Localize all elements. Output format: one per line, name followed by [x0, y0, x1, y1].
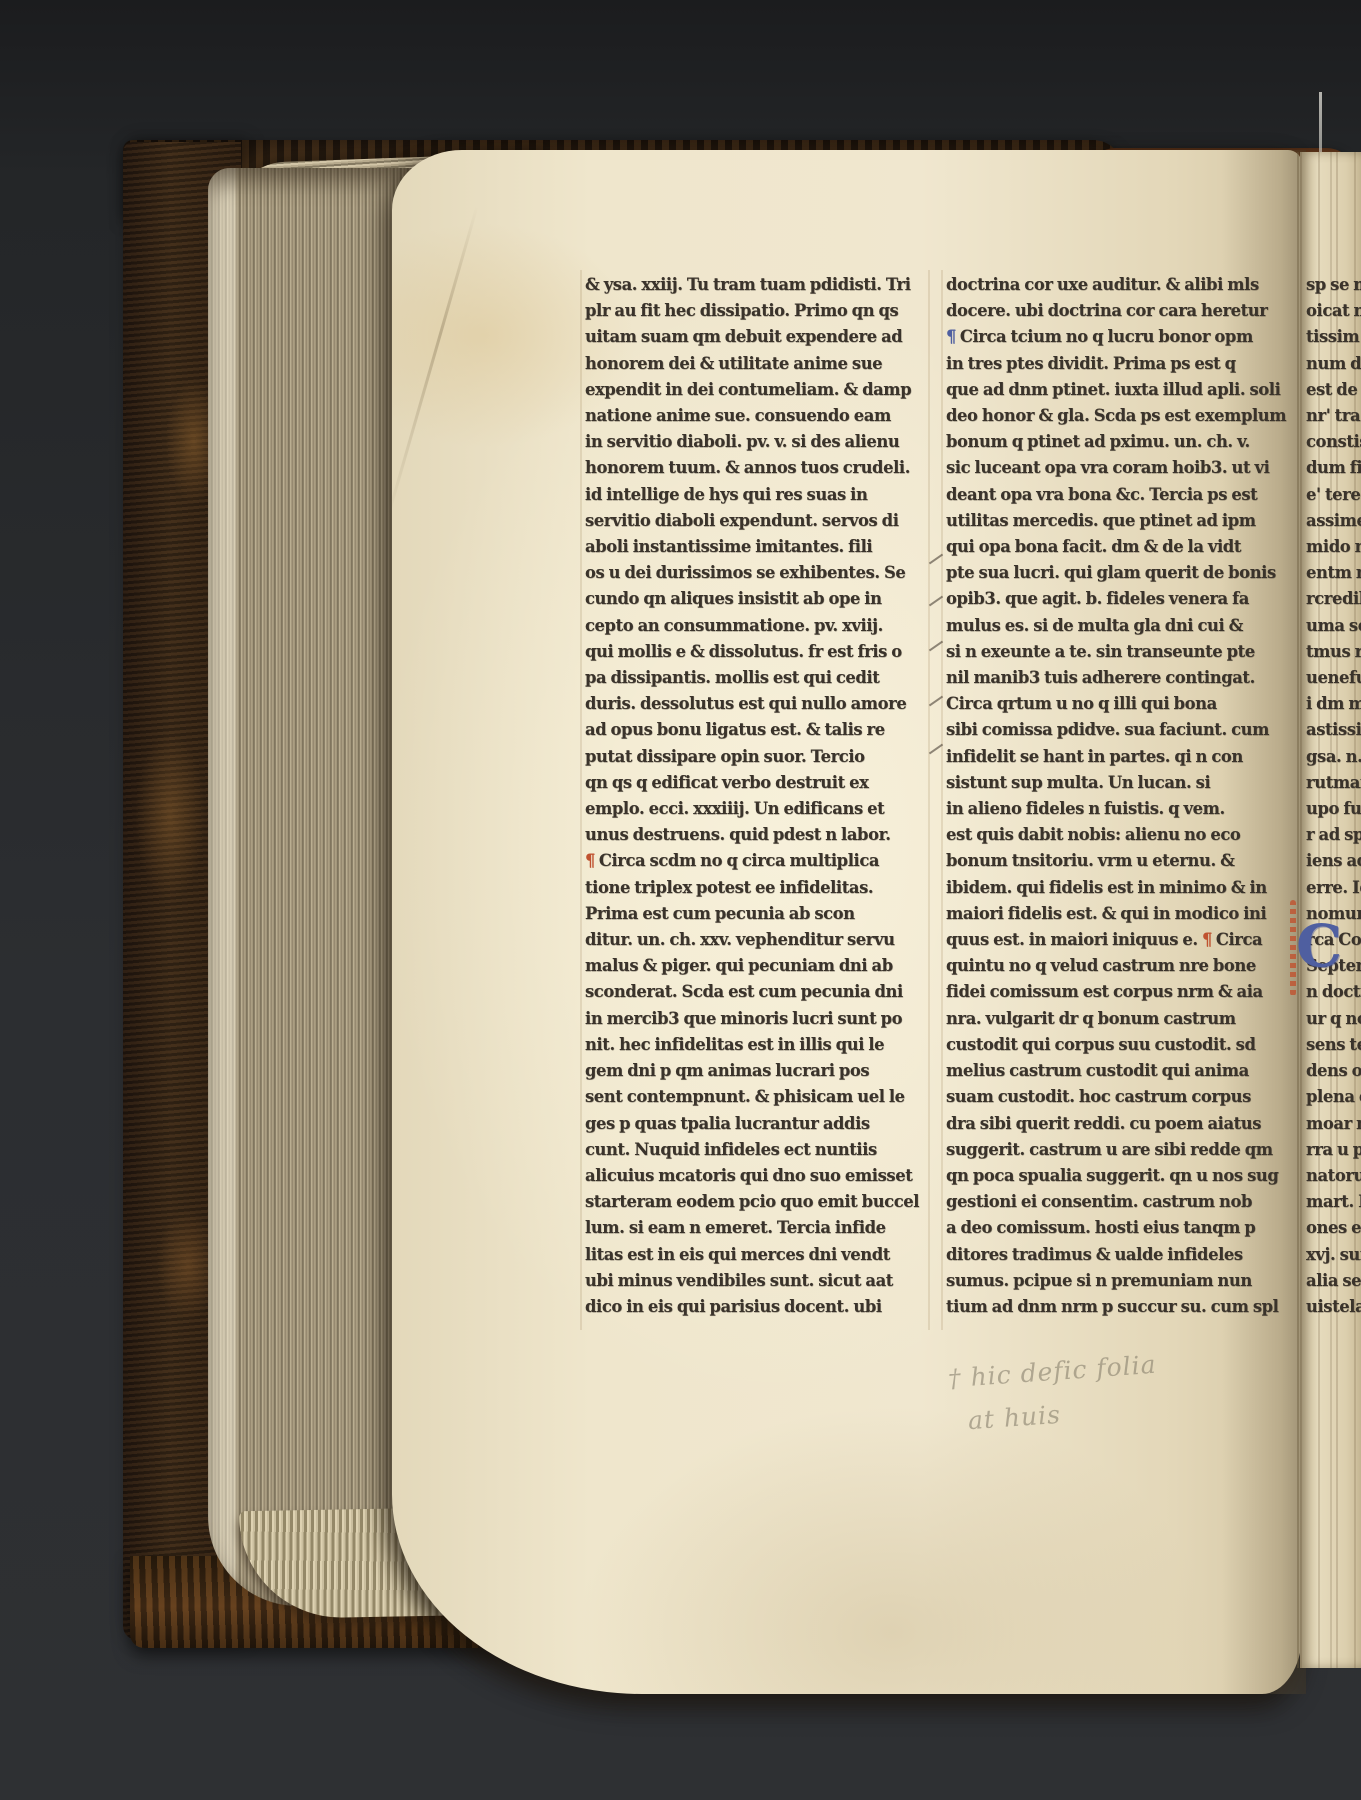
manuscript-text-line: alicuius mcatoris qui dno suo emisset	[585, 1163, 913, 1189]
manuscript-text-line: in servitio diaboli. pv. v. si des alien…	[585, 429, 913, 455]
manuscript-text-line: malus & piger. qui pecuniam dni ab	[585, 953, 913, 979]
manuscript-text-line: sent contempnunt. & phisicam uel le	[585, 1084, 913, 1110]
manuscript-text-line: rra u ps	[1306, 1137, 1359, 1163]
manuscript-text-line: cepto an consummatione. pv. xviij.	[585, 613, 913, 639]
manuscript-text-line: & ysa. xxiij. Tu tram tuam pdidisti. Tri	[585, 272, 913, 298]
manuscript-text-line: opib3. que agit. b. fideles venera fa	[946, 586, 1274, 612]
manuscript-text-line: litas est in eis qui merces dni vendt	[585, 1242, 913, 1268]
manuscript-text-line: nil manib3 tuis adherere contingat.	[946, 665, 1274, 691]
manuscript-text-line: dico in eis qui parisius docent. ubi	[585, 1294, 913, 1320]
manuscript-text-line: dum fis se	[1306, 455, 1359, 481]
manuscript-text-line: in tres ptes dividit. Prima ps est q	[946, 351, 1274, 377]
manuscript-text-line: bonum q ptinet ad pximu. un. ch. v.	[946, 429, 1274, 455]
manuscript-text-line: suam custodit. hoc castrum corpus	[946, 1084, 1274, 1110]
text-column-left: & ysa. xxiij. Tu tram tuam pdidisti. Tri…	[585, 272, 927, 1328]
manuscript-text-line: que ad dnm ptinet. iuxta illud apli. sol…	[946, 377, 1274, 403]
manuscript-text-line: ubi minus vendibiles sunt. sicut aat	[585, 1268, 913, 1294]
manuscript-text-line: mido nt lib	[1306, 534, 1359, 560]
manuscript-text-line: upo fuer Z.	[1306, 796, 1359, 822]
manuscript-text-line: infidelit se hant in partes. qi n con	[946, 744, 1274, 770]
manuscript-text-line: expendit in dei contumeliam. & damp	[585, 377, 913, 403]
manuscript-text-line: a deo comissum. hosti eius tanqm p	[946, 1215, 1274, 1241]
manuscript-text-line: ditores tradimus & ualde infideles	[946, 1242, 1274, 1268]
manuscript-text-line: dens o q	[1306, 1058, 1359, 1084]
manuscript-text-line: sic luceant opa vra coram hoib3. ut vi	[946, 455, 1274, 481]
manuscript-text-line: melius castrum custodit qui anima	[946, 1058, 1274, 1084]
text-column-right: doctrina cor uxe auditur. & alibi mlsdoc…	[946, 272, 1288, 1328]
paraph-mark-red: ¶	[1202, 927, 1212, 953]
manuscript-text-line: honorem dei & utilitate anime sue	[585, 351, 913, 377]
manuscript-text-line: utilitas mercedis. que ptinet ad ipm	[946, 508, 1274, 534]
manuscript-text-line: astissime noc	[1306, 717, 1359, 743]
manuscript-text-line: gsa. n. dr eoq	[1306, 744, 1359, 770]
ruling-line	[580, 270, 582, 1330]
manuscript-text-line: entm nt aw	[1306, 560, 1359, 586]
manuscript-text-line: sens tert u	[1306, 1032, 1359, 1058]
manuscript-text-line: e' tere a de	[1306, 482, 1359, 508]
manuscript-text-line: deo honor & gla. Scda ps est exemplum	[946, 403, 1274, 429]
manuscript-text-line: gestioni ei consentim. castrum nob	[946, 1189, 1274, 1215]
manuscript-text-line: os u dei durissimos se exhibentes. Se	[585, 560, 913, 586]
manuscript-text-line: ¶Circa tcium no q lucru bonor opm	[946, 324, 1274, 350]
manuscript-text-line: ones ea b	[1306, 1215, 1359, 1241]
manuscript-text-line: id intellige de hys qui res suas in	[585, 482, 913, 508]
manuscript-text-line: maiori fidelis est. & qui in modico ini	[946, 901, 1274, 927]
manuscript-text-line: quintu no q velud castrum nre bone	[946, 953, 1274, 979]
manuscript-text-line: mulus es. si de multa gla dni cui &	[946, 613, 1274, 639]
manuscript-text-line: putat dissipare opin suor. Tercio	[585, 744, 913, 770]
manuscript-text-line: assime na	[1306, 508, 1359, 534]
manuscript-text-line: ¶Circa scdm no q circa multiplica	[585, 848, 913, 874]
illuminated-initial: C	[1296, 908, 1336, 984]
manuscript-text-line: nr' tra pril	[1306, 403, 1359, 429]
manuscript-text-line: qn poca spualia suggerit. qn u nos sug	[946, 1163, 1274, 1189]
manuscript-text-line: tium ad dnm nrm p succur su. cum spl	[946, 1294, 1274, 1320]
manuscript-text-line: rutmam' il	[1306, 770, 1359, 796]
manuscript-text-line: ad opus bonu ligatus est. & talis re	[585, 717, 913, 743]
manuscript-text-line: rcredibi es q	[1306, 586, 1359, 612]
manuscript-text-line: fidei comissum est corpus nrm & aia	[946, 979, 1274, 1005]
manuscript-text-line: unus destruens. quid pdest n labor.	[585, 822, 913, 848]
manuscript-text-line: sistunt sup multa. Un lucan. si	[946, 770, 1274, 796]
manuscript-text-line: starteram eodem pcio quo emit buccel	[585, 1189, 913, 1215]
text-column-next-leaf: sp se mttaoicat n epetissim cottanum d z…	[1306, 272, 1361, 1328]
manuscript-text-line: constisime	[1306, 429, 1359, 455]
manuscript-text-line: plr au fit hec dissipatio. Primo qn qs	[585, 298, 913, 324]
ruling-line	[941, 270, 943, 1330]
manuscript-text-line: in mercib3 que minoris lucri sunt po	[585, 1006, 913, 1032]
manuscript-text-line: ibidem. qui fidelis est in minimo & in	[946, 875, 1274, 901]
manuscript-text-line: sibi comissa pdidve. sua faciunt. cum	[946, 717, 1274, 743]
manuscript-text-line: qui opa bona facit. dm & de la vidt	[946, 534, 1274, 560]
manuscript-text-line: pa dissipantis. mollis est qui cedit	[585, 665, 913, 691]
manuscript-text-line: Circa qrtum u no q illi qui bona	[946, 691, 1274, 717]
manuscript-text-line: docere. ubi doctrina cor cara heretur	[946, 298, 1274, 324]
manuscript-text-line: pte sua lucri. qui glam querit de bonis	[946, 560, 1274, 586]
manuscript-text-line: in alieno fideles n fuistis. q vem.	[946, 796, 1274, 822]
manuscript-text-line: quus est. in maiori iniquus e. ¶Circa	[946, 927, 1274, 953]
manuscript-text-line: sp se mtta	[1306, 272, 1359, 298]
manuscript-text-line: oicat n epe	[1306, 298, 1359, 324]
manuscript-text-line: cundo qn aliques insistit ab ope in	[585, 586, 913, 612]
manuscript-text-line: uenefurti q	[1306, 665, 1359, 691]
manuscript-text-line: iens ad so	[1306, 848, 1359, 874]
manuscript-text-line: Prima est cum pecunia ab scon	[585, 901, 913, 927]
manuscript-text-line: doctrina cor uxe auditur. & alibi mls	[946, 272, 1274, 298]
manuscript-text-line: nit. hec infidelitas est in illis qui le	[585, 1032, 913, 1058]
manuscript-text-line: moar n e	[1306, 1111, 1359, 1137]
manuscript-text-line: xvj. sur a	[1306, 1242, 1359, 1268]
manuscript-text-line: est quis dabit nobis: alienu no eco	[946, 822, 1274, 848]
manuscript-text-line: est de e do	[1306, 377, 1359, 403]
manuscript-text-line: uma se n	[1306, 613, 1359, 639]
paraph-mark-red: ¶	[585, 848, 595, 874]
manuscript-text-line: gem dni p qm animas lucrari pos	[585, 1058, 913, 1084]
manuscript-text-line: suggerit. castrum u are sibi redde qm	[946, 1137, 1274, 1163]
manuscript-text-line: uistelabet	[1306, 1294, 1359, 1320]
manuscript-text-line: nra. vulgarit dr q bonum castrum	[946, 1006, 1274, 1032]
manuscript-text-line: servitio diaboli expendunt. servos di	[585, 508, 913, 534]
manuscript-text-line: uitam suam qm debuit expendere ad	[585, 324, 913, 350]
manuscript-text-line: dra sibi querit reddi. cu poem aiatus	[946, 1111, 1274, 1137]
manuscript-text-line: tione triplex potest ee infidelitas.	[585, 875, 913, 901]
manuscript-text-line: alia sen p	[1306, 1268, 1359, 1294]
manuscript-text-line: aboli instantissime imitantes. fili	[585, 534, 913, 560]
manuscript-text-line: tissim cotta	[1306, 324, 1359, 350]
manuscript-text-line: r ad spo ila	[1306, 822, 1359, 848]
manuscript-text-line: tmus ra i	[1306, 639, 1359, 665]
ruling-line	[928, 270, 930, 1330]
manuscript-text-line: qui mollis e & dissolutus. fr est fris o	[585, 639, 913, 665]
manuscript-photo: & ysa. xxiij. Tu tram tuam pdidisti. Tri…	[0, 0, 1361, 1800]
manuscript-text-line: natione anime sue. consuendo eam	[585, 403, 913, 429]
manuscript-text-line: lum. si eam n emeret. Tercia infide	[585, 1215, 913, 1241]
marginal-pencil-note-line2: at huis	[967, 1395, 1063, 1441]
manuscript-text-line: emplo. ecci. xxxiiij. Un edificans et	[585, 796, 913, 822]
manuscript-text-line: ditur. un. ch. xxv. vephenditur servu	[585, 927, 913, 953]
manuscript-text-line: si n exeunte a te. sin transeunte pte	[946, 639, 1274, 665]
manuscript-text-line: qn qs q edificat verbo destruit ex	[585, 770, 913, 796]
manuscript-text-line: custodit qui corpus suu custodit. sd	[946, 1032, 1274, 1058]
manuscript-text-line: erre. Ideo tor	[1306, 875, 1359, 901]
manuscript-text-line: mart. I	[1306, 1189, 1359, 1215]
manuscript-text-line: honorem tuum. & annos tuos crudeli.	[585, 455, 913, 481]
manuscript-text-line: bonum tnsitoriu. vrm u eternu. &	[946, 848, 1274, 874]
manuscript-text-line: natoru e	[1306, 1163, 1359, 1189]
manuscript-text-line: plena el x	[1306, 1084, 1359, 1110]
manuscript-text-line: deant opa vra bona &c. Tercia ps est	[946, 482, 1274, 508]
manuscript-text-line: i dm mv are	[1306, 691, 1359, 717]
manuscript-text-line: sumus. pcipue si n premuniam nun	[946, 1268, 1274, 1294]
manuscript-text-line: ges p quas tpalia lucrantur addis	[585, 1111, 913, 1137]
manuscript-text-line: sconderat. Scda est cum pecunia dni	[585, 979, 913, 1005]
manuscript-text-line: duris. dessolutus est qui nullo amore	[585, 691, 913, 717]
manuscript-text-line: ur q no ber	[1306, 1006, 1359, 1032]
manuscript-text-line: num d z eq	[1306, 351, 1359, 377]
manuscript-text-line: cunt. Nuquid infideles ect nuntiis	[585, 1137, 913, 1163]
paraph-mark-blue: ¶	[946, 324, 956, 350]
